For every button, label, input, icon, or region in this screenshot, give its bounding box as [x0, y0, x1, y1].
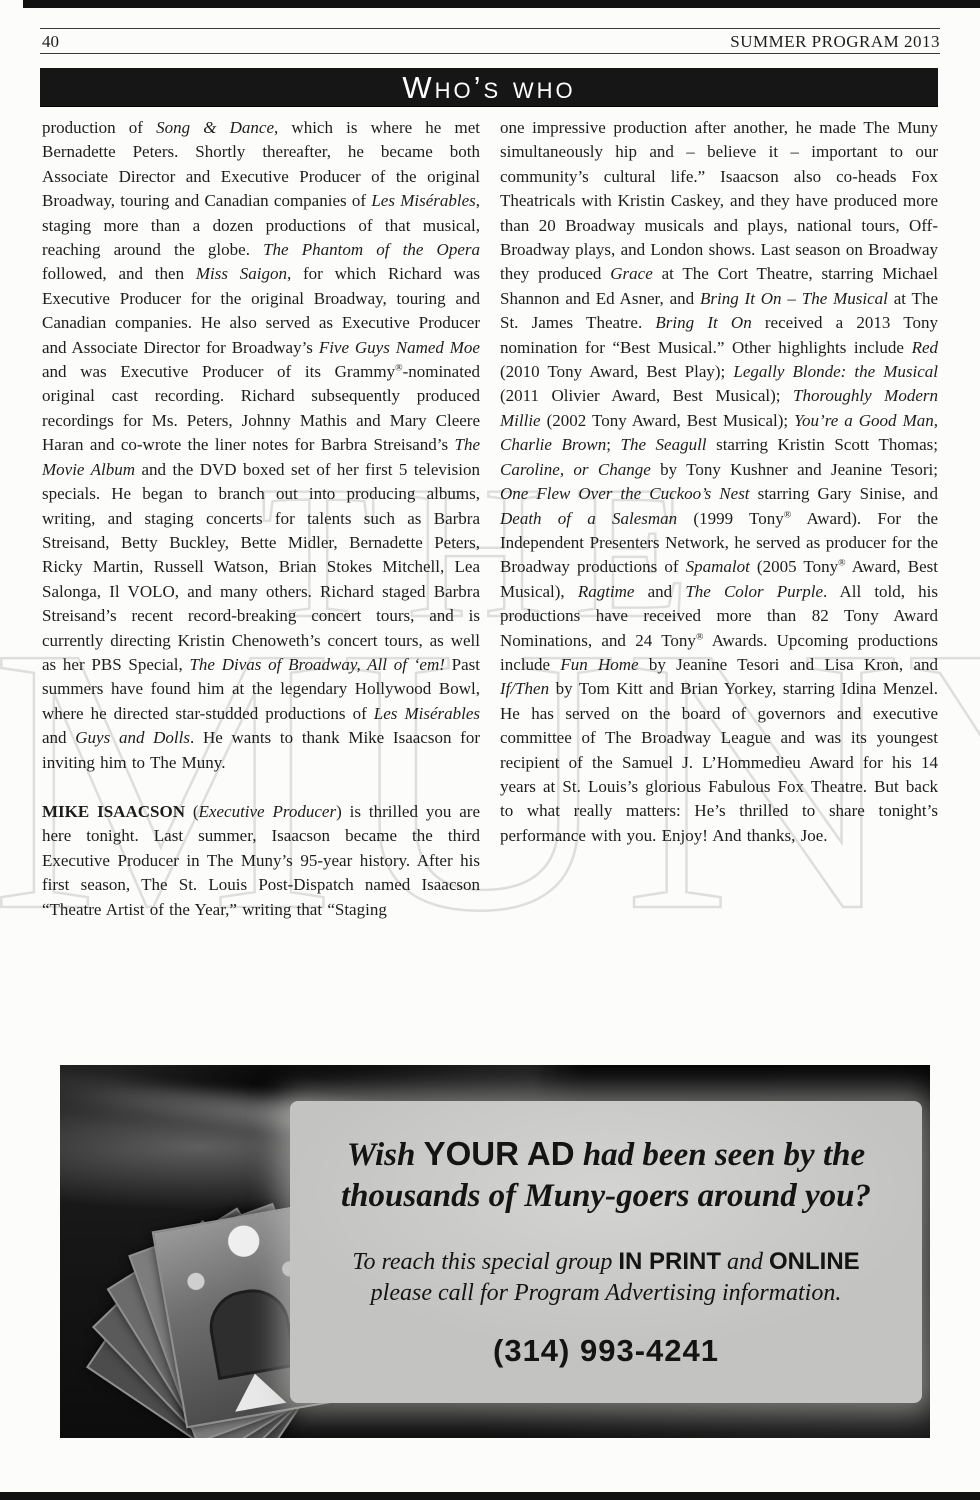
paragraph: MIKE ISAACSON (Executive Producer) is th…: [42, 800, 480, 922]
page-header: 40 SUMMER PROGRAM 2013: [40, 28, 940, 54]
paragraph: one impressive production after another,…: [500, 116, 938, 848]
stage-art: [229, 1369, 286, 1412]
ad-subline-1: To reach this special group IN PRINT and…: [290, 1248, 922, 1276]
section-banner: Who’s Who: [40, 68, 938, 107]
column-left: production of Song & Dance, which is whe…: [42, 116, 480, 1060]
paragraph: production of Song & Dance, which is whe…: [42, 116, 480, 775]
page-number: 40: [42, 32, 59, 52]
ad-phone-number: (314) 993-4241: [290, 1333, 922, 1369]
bio-text: production of Song & Dance, which is whe…: [42, 116, 938, 1060]
header-title: SUMMER PROGRAM 2013: [730, 32, 940, 52]
ad-subline-2: please call for Program Advertising info…: [290, 1280, 922, 1307]
ad-panel: Wish YOUR AD had been seen by the thousa…: [290, 1101, 922, 1403]
program-page: 40 SUMMER PROGRAM 2013 Who’s Who THE MUN…: [0, 0, 980, 1500]
ad-headline-line2: thousands of Muny-goers around you?: [290, 1176, 922, 1217]
header-rule-top: [40, 28, 940, 29]
header-rule-bottom: [40, 53, 940, 54]
muny-arch-art: [204, 1284, 297, 1381]
bottom-edge-strip: [0, 1492, 980, 1500]
section-title: Who’s Who: [402, 72, 575, 103]
advertisement: Wish YOUR AD had been seen by the thousa…: [60, 1065, 930, 1438]
ad-headline-line1: Wish YOUR AD had been seen by the: [290, 1133, 922, 1176]
top-edge-strip: [23, 0, 980, 8]
column-right: one impressive production after another,…: [500, 116, 938, 1060]
